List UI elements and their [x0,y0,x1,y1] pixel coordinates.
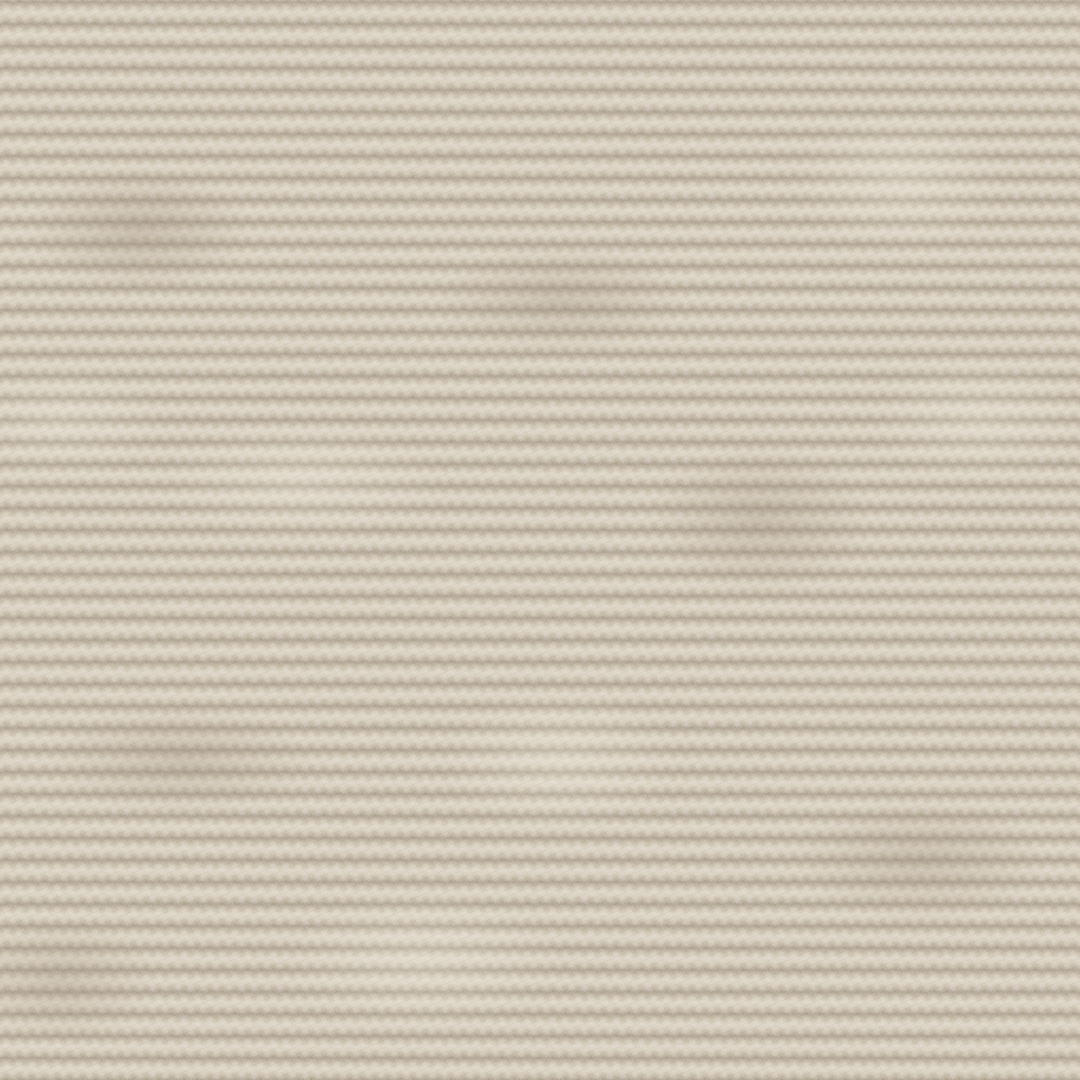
wool-rug-texture: Beige/oatmeal heathered wool yarn in bra… [0,0,1080,1080]
wool-fiber-fuzz [0,0,1080,1080]
